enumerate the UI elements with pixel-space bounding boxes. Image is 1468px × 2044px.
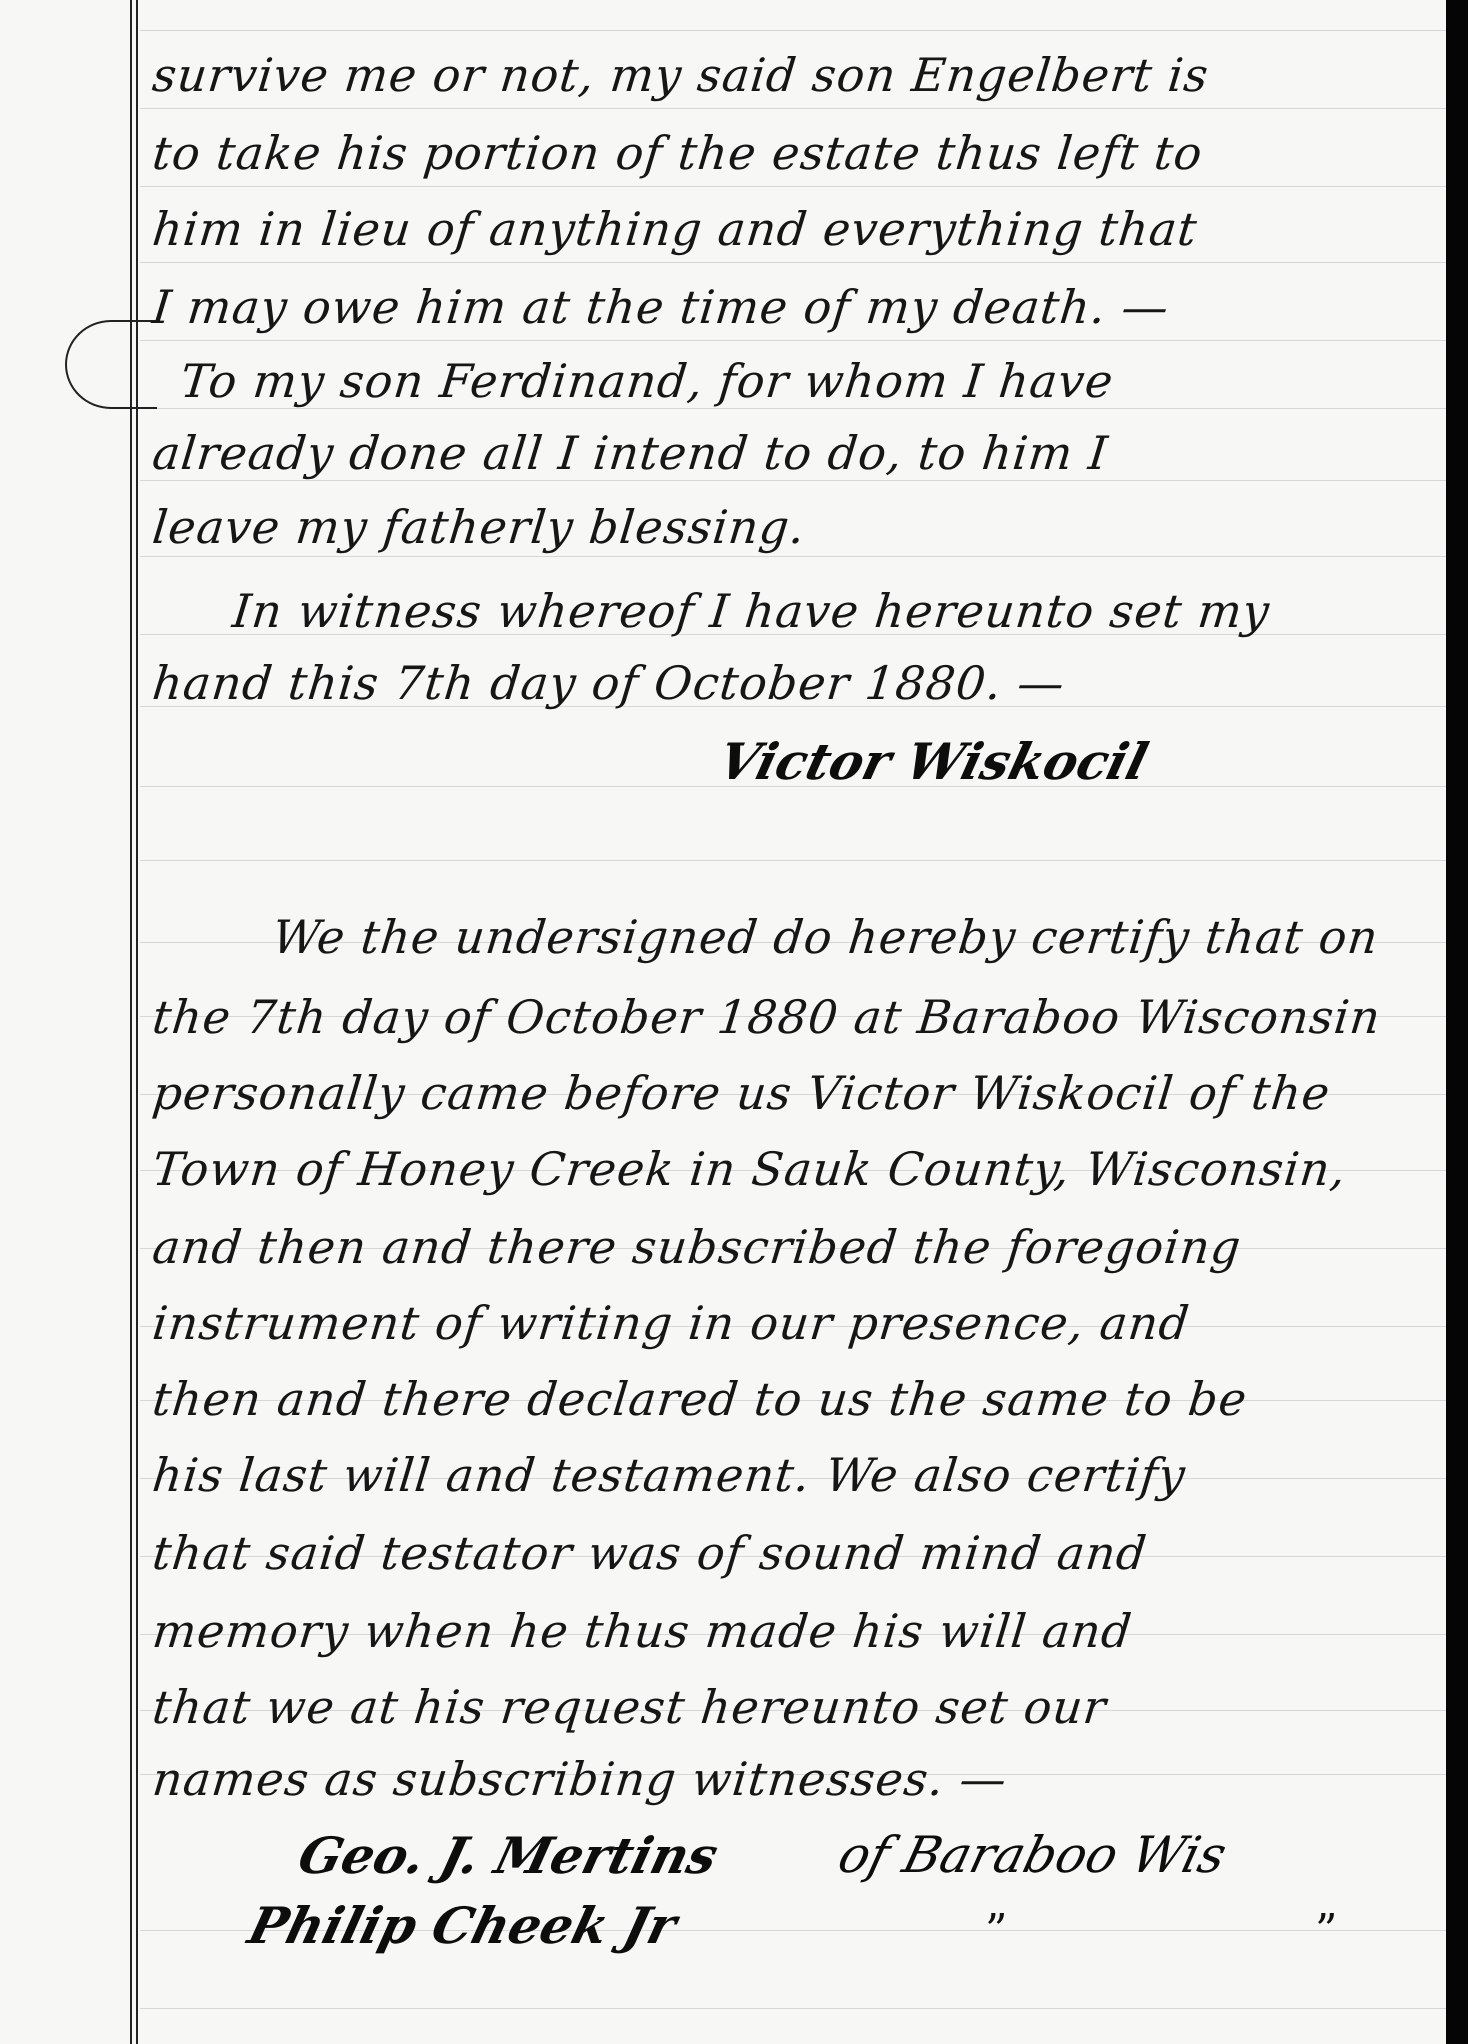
attestation-line: his last will and testament. We also cer… (150, 1448, 1446, 1502)
testator-signature: Victor Wiskocil (713, 732, 1154, 791)
will-line: to take his portion of the estate thus l… (150, 126, 1446, 180)
ruling-line (140, 860, 1446, 861)
ruling-line (140, 556, 1446, 557)
witness-clause-line: In witness whereof I have hereunto set m… (230, 584, 1468, 638)
attestation-line: then and there declared to us the same t… (150, 1372, 1446, 1426)
ruling-line (140, 262, 1446, 263)
will-line: To my son Ferdinand, for whom I have (178, 354, 1468, 408)
margin-bracket-flourish (65, 320, 157, 409)
attestation-line: and then and there subscribed the forego… (150, 1220, 1446, 1274)
margin-line-inner (136, 0, 138, 2044)
ruling-line (140, 2008, 1446, 2009)
margin-line-outer (130, 0, 132, 2044)
witness-signature-1: Geo. J. Mertins (293, 1826, 724, 1885)
document-page: survive me or not, my said son Engelbert… (0, 0, 1446, 2044)
ditto-mark: ” (1315, 1905, 1338, 1956)
ruling-line (140, 186, 1446, 187)
ruling-line (140, 108, 1446, 109)
will-line: already done all I intend to do, to him … (150, 426, 1446, 480)
attestation-line: the 7th day of October 1880 at Baraboo W… (150, 990, 1446, 1044)
attestation-line: names as subscribing witnesses. — (150, 1752, 1446, 1806)
witness-signature-2: Philip Cheek Jr (243, 1896, 683, 1955)
attestation-line: instrument of writing in our presence, a… (150, 1296, 1446, 1350)
will-line: leave my fatherly blessing. (150, 500, 1446, 554)
attestation-line: Town of Honey Creek in Sauk County, Wisc… (150, 1142, 1446, 1196)
attestation-line: that said testator was of sound mind and (150, 1526, 1446, 1580)
ruling-line (140, 340, 1446, 341)
witness-clause-line: hand this 7th day of October 1880. — (150, 656, 1446, 710)
will-line: him in lieu of anything and everything t… (150, 202, 1446, 256)
attestation-line: that we at his request hereunto set our (150, 1680, 1446, 1734)
ruling-line (140, 30, 1446, 31)
attestation-line: memory when he thus made his will and (150, 1604, 1446, 1658)
ruling-line (140, 408, 1446, 409)
witness-residence-1: of Baraboo Wis (833, 1826, 1233, 1884)
scan-edge-border (1446, 0, 1468, 2044)
will-line: survive me or not, my said son Engelbert… (150, 48, 1446, 102)
attestation-line: personally came before us Victor Wiskoci… (150, 1066, 1446, 1120)
ruling-line (140, 480, 1446, 481)
will-line: I may owe him at the time of my death. — (150, 280, 1446, 334)
ditto-mark: ” (985, 1905, 1008, 1956)
attestation-line: We the undersigned do hereby certify tha… (270, 910, 1468, 964)
